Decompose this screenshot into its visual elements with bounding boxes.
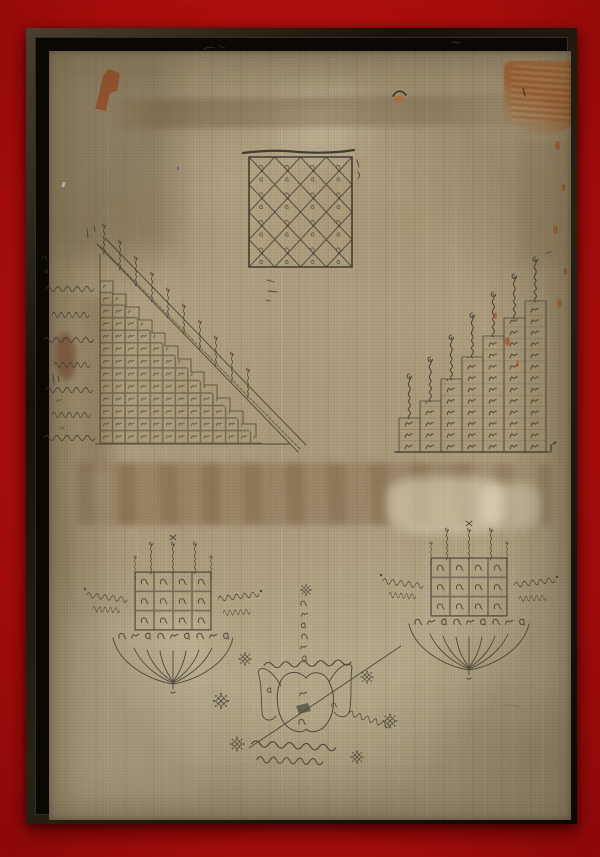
stain-orange-hook	[93, 69, 120, 111]
stain-bottomleft-wash	[67, 619, 212, 804]
stain-red-blotch	[56, 333, 76, 380]
stain-white-fleck	[61, 182, 66, 188]
stain-top-smudge-band	[104, 95, 554, 130]
stain-right-shade	[517, 139, 571, 264]
stain-topleft-shade	[49, 51, 174, 256]
yantra-cloth	[49, 51, 571, 820]
picture-frame	[26, 28, 577, 824]
frame-inner-lip	[35, 37, 568, 815]
stain-middle-band	[77, 463, 551, 525]
stain-rust-speckles	[555, 141, 560, 150]
stain-pale-patch	[387, 477, 505, 532]
stain-orange-patch-streaks	[511, 65, 571, 121]
photo-stage	[0, 0, 600, 857]
stain-blue-fleck	[177, 167, 179, 170]
stain-pale-patch-2	[481, 483, 541, 529]
stain-orange-patch	[504, 61, 571, 135]
stain-left-column	[82, 297, 113, 469]
